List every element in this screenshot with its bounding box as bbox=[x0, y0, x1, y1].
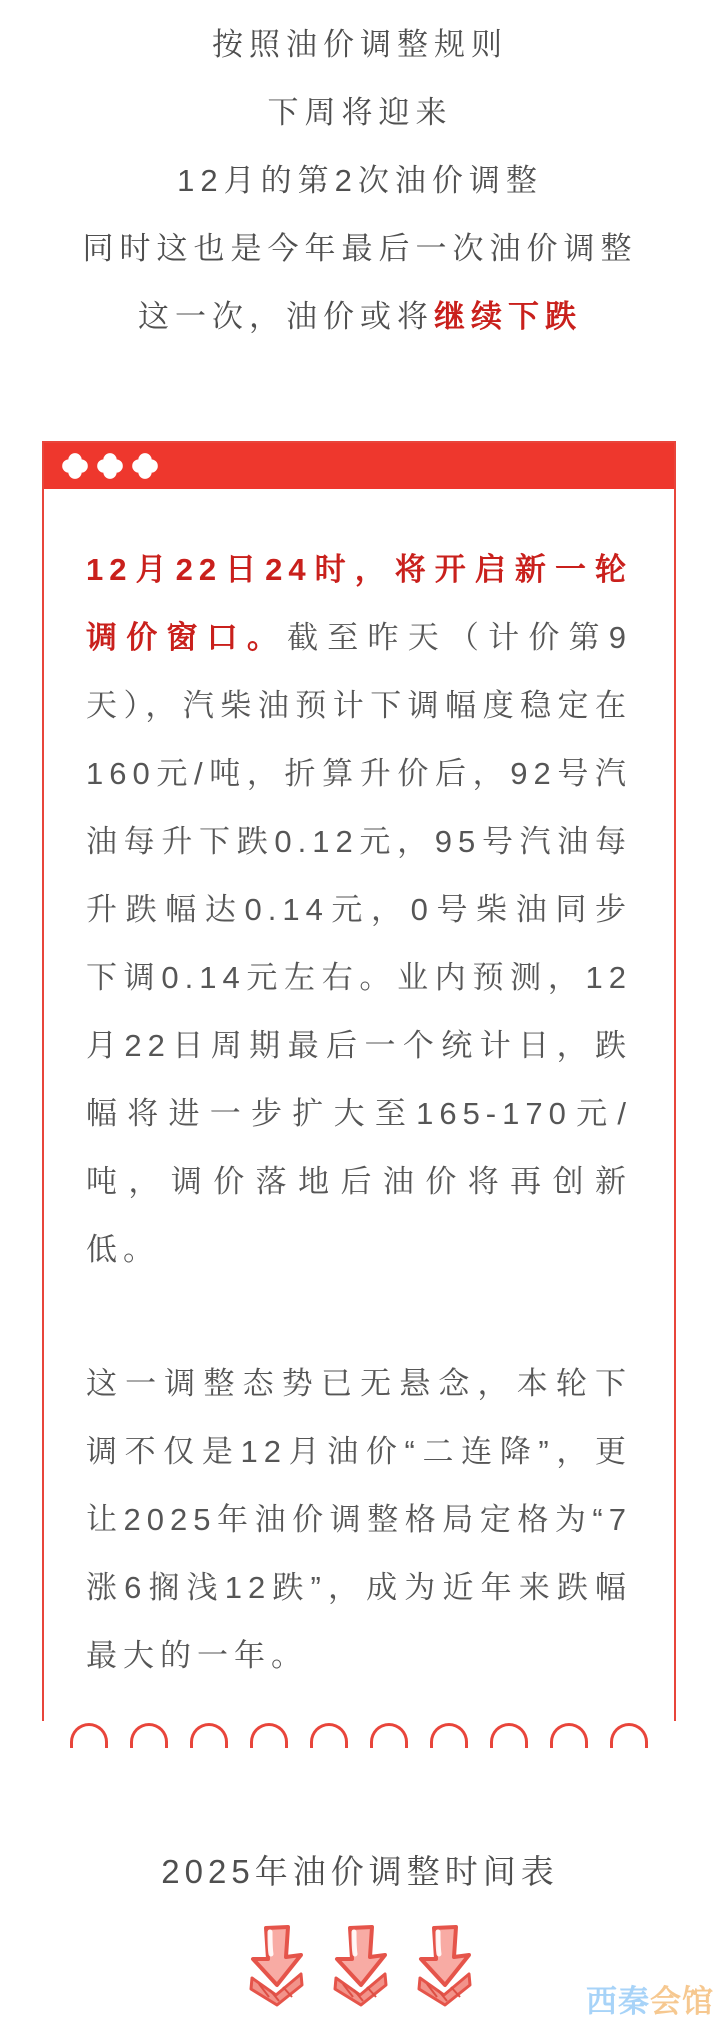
card-paragraph-2: 这一调整态势已无悬念，本轮下调不仅是12月油价“二连降”，更让2025年油价调整… bbox=[86, 1350, 632, 1690]
scallop-arc bbox=[610, 1723, 648, 1748]
scallop-arc bbox=[130, 1723, 168, 1748]
scallop-arc bbox=[190, 1723, 228, 1748]
watermark-part-1: 西秦 bbox=[586, 1984, 650, 2018]
watermark-part-2: 会馆 bbox=[650, 1984, 714, 2018]
scallop-arc bbox=[550, 1723, 588, 1748]
intro-line-5: 这一次，油价或将继续下跌 bbox=[0, 283, 720, 351]
quatrefoil-icon bbox=[97, 453, 123, 479]
scallop-arc bbox=[490, 1723, 528, 1748]
card-paragraph-1-body: 截至昨天（计价第9天），汽柴油预计下调幅度稳定在160元/吨，折算升价后，92号… bbox=[86, 620, 632, 1267]
intro-line-3: 12月的第2次油价调整 bbox=[0, 147, 720, 215]
card-paragraph-1: 12月22日24时，将开启新一轮调价窗口。截至昨天（计价第9天），汽柴油预计下调… bbox=[86, 536, 632, 1284]
section-title: 2025年油价调整时间表 bbox=[0, 1846, 720, 1893]
down-arrow-icon bbox=[329, 1924, 391, 2008]
scallop-arc bbox=[370, 1723, 408, 1748]
quatrefoil-icon bbox=[62, 453, 88, 479]
watermark: 西秦会馆 bbox=[586, 1976, 714, 2018]
intro-line-2: 下周将迎来 bbox=[0, 79, 720, 147]
scallop-arc bbox=[310, 1723, 348, 1748]
intro-line-5-prefix: 这一次，油价或将 bbox=[138, 299, 434, 334]
scallop-arc bbox=[430, 1723, 468, 1748]
card-body: 12月22日24时，将开启新一轮调价窗口。截至昨天（计价第9天），汽柴油预计下调… bbox=[44, 489, 674, 1690]
down-arrow-icon bbox=[245, 1924, 307, 2008]
down-arrow-icon bbox=[413, 1924, 475, 2008]
intro-block: 按照油价调整规则 下周将迎来 12月的第2次油价调整 同时这也是今年最后一次油价… bbox=[0, 11, 720, 351]
intro-line-4: 同时这也是今年最后一次油价调整 bbox=[0, 215, 720, 283]
card-header-bar bbox=[44, 443, 674, 489]
quatrefoil-icon bbox=[132, 453, 158, 479]
notice-card: 12月22日24时，将开启新一轮调价窗口。截至昨天（计价第9天），汽柴油预计下调… bbox=[42, 441, 676, 1721]
article-page: 按照油价调整规则 下周将迎来 12月的第2次油价调整 同时这也是今年最后一次油价… bbox=[0, 0, 720, 2018]
scallop-arc bbox=[250, 1723, 288, 1748]
intro-highlight-text: 继续下跌 bbox=[434, 299, 582, 334]
card-scalloped-edge bbox=[42, 1723, 676, 1748]
scallop-arc bbox=[70, 1723, 108, 1748]
intro-line-1: 按照油价调整规则 bbox=[0, 11, 720, 79]
